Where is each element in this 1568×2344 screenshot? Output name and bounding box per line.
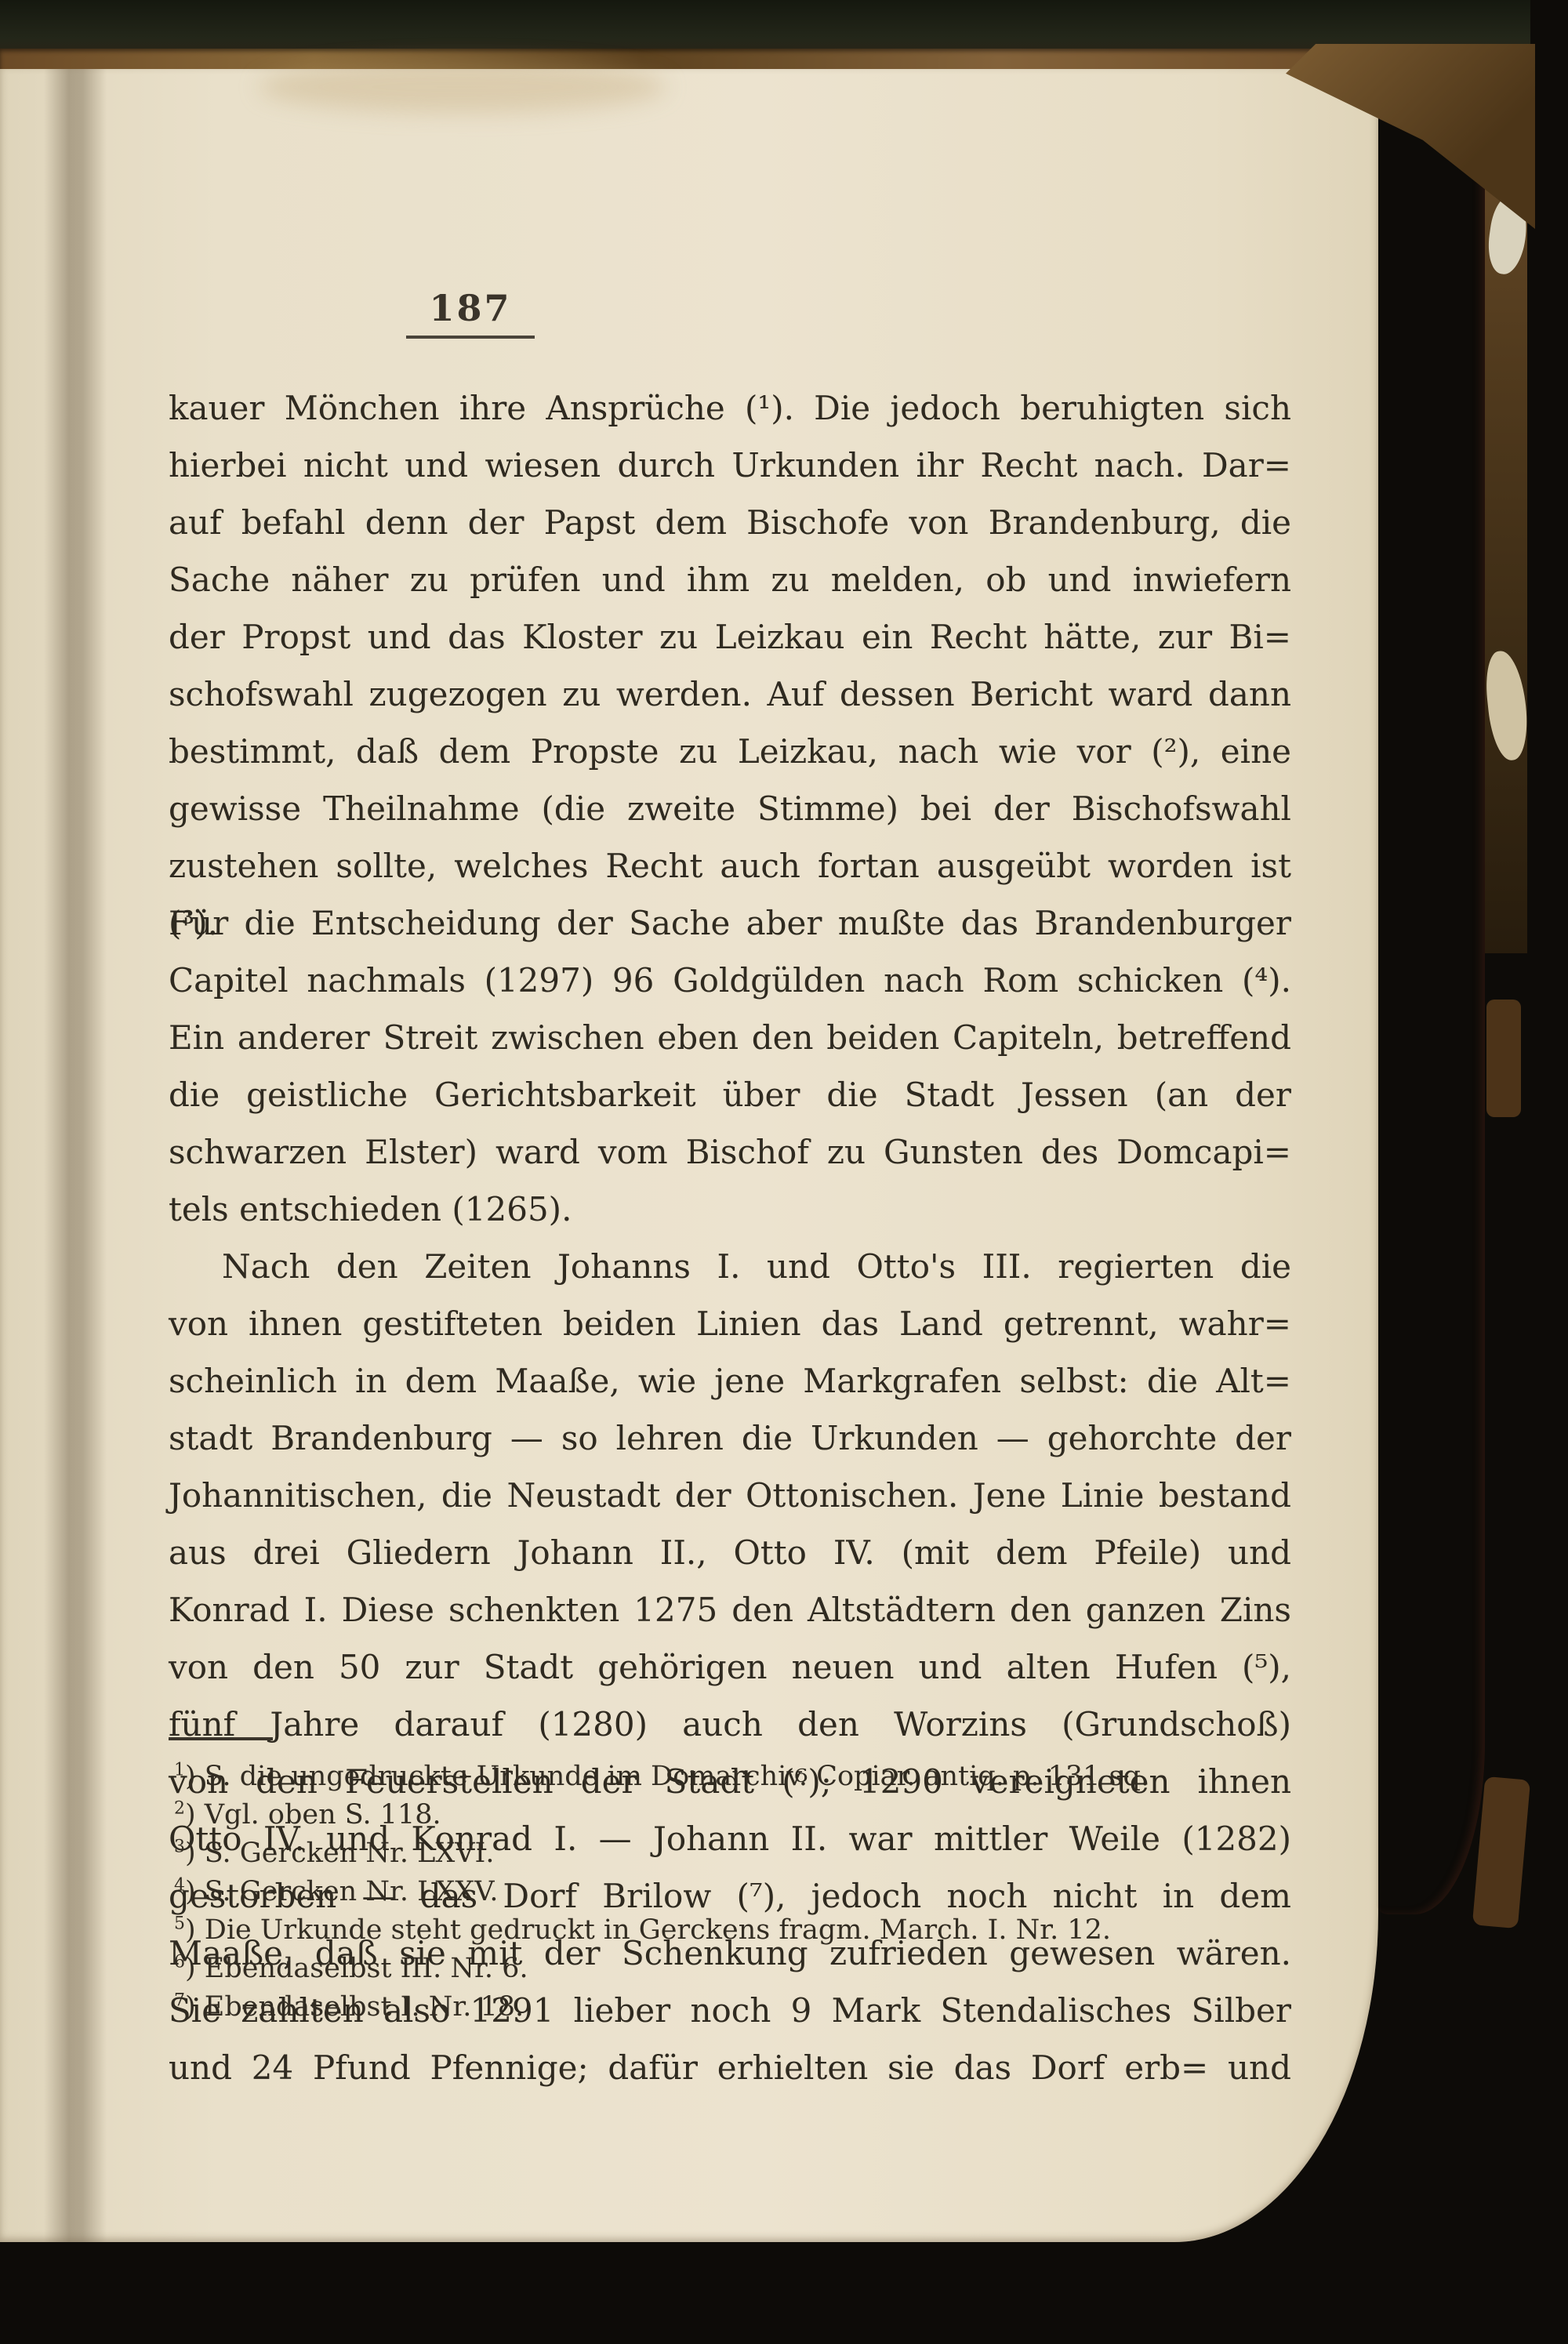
footnote-marker: 4 (174, 1875, 185, 1895)
body-line: Ein anderer Streit zwischen eben den bei… (169, 1009, 1291, 1066)
body-line: gewisse Theilnahme (die zweite Stimme) b… (169, 780, 1291, 837)
body-line: Johannitischen, die Neustadt der Ottonis… (169, 1467, 1291, 1524)
book-fore-edge-pages (1377, 102, 1485, 1914)
gutter-shadow (44, 69, 107, 2242)
body-line: kauer Mönchen ihre Ansprüche (¹). Die je… (169, 379, 1291, 437)
footnote-line: 2) Vgl. oben S. 118. (174, 1796, 1287, 1834)
body-line: hierbei nicht und wiesen durch Urkunden … (169, 437, 1291, 494)
body-line: der Propst und das Kloster zu Leizkau ei… (169, 608, 1291, 666)
body-line: und 24 Pfund Pfennige; dafür erhielten s… (169, 2039, 1291, 2096)
body-line: auf befahl denn der Papst dem Bischofe v… (169, 494, 1291, 551)
body-line: bestimmt, daß dem Propste zu Leizkau, na… (169, 723, 1291, 780)
book-page: 187 kauer Mönchen ihre Ansprüche (¹). Di… (0, 69, 1378, 2242)
body-line: schwarzen Elster) ward vom Bischof zu Gu… (169, 1123, 1291, 1181)
footnote-line: 1) S. die ungedruckte Urkunde im Domarch… (174, 1758, 1287, 1796)
body-line: Für die Entscheidung der Sache aber mußt… (169, 894, 1291, 952)
body-line: schofswahl zugezogen zu werden. Auf dess… (169, 666, 1291, 723)
body-line: die geistliche Gerichtsbarkeit über die … (169, 1066, 1291, 1123)
body-line: Capitel nachmals (1297) 96 Goldgülden na… (169, 952, 1291, 1009)
body-line: von den 50 zur Stadt gehörigen neuen und… (169, 1638, 1291, 1696)
footnote-marker: 5 (174, 1914, 185, 1933)
footnote-line: 7) Ebendaselbst I. Nr. 18. (174, 1988, 1287, 2027)
footnote-line: 5) Die Urkunde steht gedruckt in Gercken… (174, 1911, 1287, 1950)
cover-fragment (1472, 1776, 1530, 1929)
footnote-line: 3) S. Gercken Nr. LXVI. (174, 1834, 1287, 1873)
body-line: Sache näher zu prüfen und ihm zu melden,… (169, 551, 1291, 608)
body-line: von ihnen gestifteten beiden Linien das … (169, 1295, 1291, 1352)
footnote-separator (169, 1737, 273, 1740)
body-line: tels entschieden (1265). (169, 1181, 1291, 1238)
footnote-marker: 1 (174, 1760, 185, 1780)
book-cover-top-edge (0, 0, 1530, 55)
cover-fragment (1486, 1000, 1521, 1117)
body-line: zustehen sollte, welches Recht auch fort… (169, 837, 1291, 894)
book-scan-photo: 187 kauer Mönchen ihre Ansprüche (¹). Di… (0, 0, 1568, 2344)
page-stain (259, 61, 666, 113)
footnote-marker: 2 (174, 1798, 185, 1818)
body-line: aus drei Gliedern Johann II., Otto IV. (… (169, 1524, 1291, 1581)
footnote-marker: 6 (174, 1952, 185, 1972)
footnote-line: 6) Ebendaselbst III. Nr. 6. (174, 1950, 1287, 1988)
footnote-marker: 7 (174, 1990, 185, 2010)
footnotes: 1) S. die ungedruckte Urkunde im Domarch… (174, 1758, 1287, 2027)
footnote-line: 4) S. Gercken Nr. LXXV. (174, 1873, 1287, 1911)
body-line: Konrad I. Diese schenkten 1275 den Altst… (169, 1581, 1291, 1638)
body-line: Nach den Zeiten Johanns I. und Otto's II… (169, 1238, 1291, 1295)
footnote-marker: 3 (174, 1837, 185, 1856)
body-line: scheinlich in dem Maaße, wie jene Markgr… (169, 1352, 1291, 1410)
body-line: fünf Jahre darauf (1280) auch den Worzin… (169, 1696, 1291, 1753)
page-number: 187 (406, 287, 535, 339)
body-line: stadt Brandenburg — so lehren die Urkund… (169, 1410, 1291, 1467)
